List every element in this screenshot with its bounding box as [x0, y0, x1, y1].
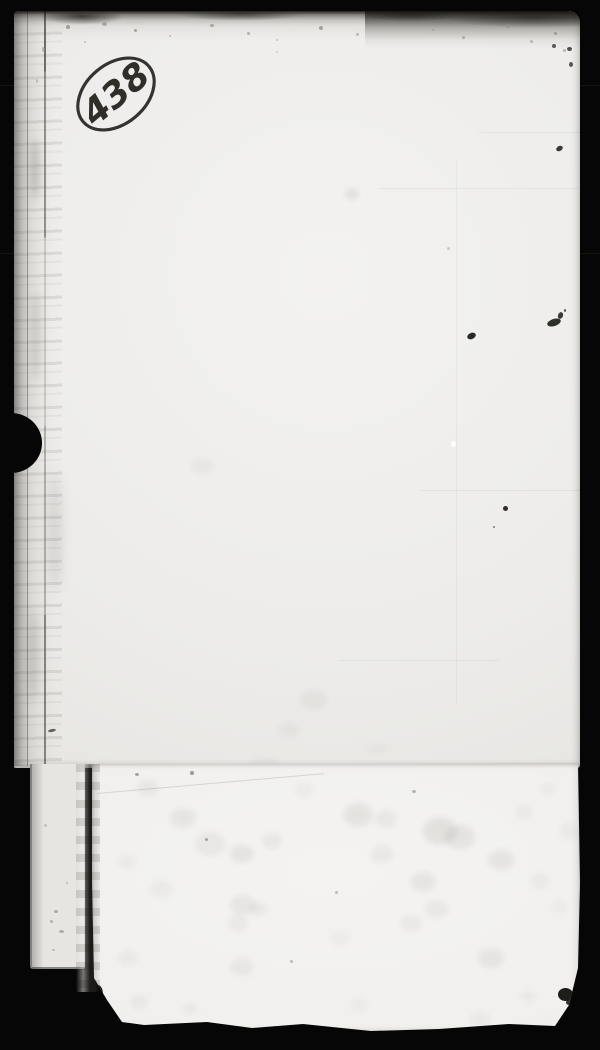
- stain-spot: [276, 51, 278, 53]
- dark-speck: [290, 960, 293, 963]
- stain-spot: [295, 783, 313, 797]
- ink-blot: [566, 1000, 572, 1005]
- stain-spot: [247, 32, 250, 35]
- stain-spot: [488, 850, 514, 870]
- stain-spot: [478, 948, 504, 968]
- dark-speck: [190, 771, 194, 775]
- stain-spot: [432, 29, 434, 31]
- stain-spot: [66, 25, 70, 29]
- stain-spot: [394, 22, 397, 25]
- stain-spot: [319, 26, 323, 30]
- stain-spot: [54, 910, 58, 913]
- stain-spot: [130, 995, 148, 1009]
- stain-spot: [375, 810, 397, 828]
- stain-spot: [44, 824, 47, 827]
- stain-spot: [118, 855, 136, 869]
- stain-spot: [36, 79, 38, 83]
- stain-spot: [102, 22, 107, 26]
- stain-spot: [540, 783, 556, 795]
- dark-speck: [412, 790, 416, 793]
- stain-spot: [42, 47, 45, 52]
- stain-spot: [515, 805, 533, 819]
- stain-spot: [530, 873, 550, 889]
- stain-spot: [550, 900, 568, 914]
- stain-spot: [330, 930, 350, 946]
- scanned-document: 438: [0, 0, 600, 1050]
- stain-spot: [66, 882, 68, 884]
- top-edge-speckles: [14, 11, 580, 766]
- stain-spot: [134, 29, 137, 32]
- stain-spot: [59, 930, 64, 933]
- stain-spot: [228, 915, 248, 931]
- stain-spot: [118, 950, 138, 966]
- dark-speck: [135, 773, 139, 776]
- stain-spot: [563, 49, 566, 52]
- stain-spot: [554, 32, 557, 35]
- ink-blot: [558, 988, 573, 1001]
- stain-spot: [262, 833, 282, 849]
- stain-spot: [276, 39, 278, 41]
- stain-spot: [520, 990, 536, 1002]
- stain-spot: [182, 1003, 198, 1015]
- dark-speck: [335, 891, 338, 894]
- stain-spot: [425, 900, 449, 918]
- stain-spot: [170, 808, 196, 828]
- stain-spot: [370, 845, 394, 863]
- document-page: 438: [14, 11, 580, 768]
- stain-spot: [470, 1012, 490, 1026]
- stain-spot: [462, 36, 465, 39]
- stain-spot: [137, 780, 159, 796]
- stain-spot: [52, 949, 55, 951]
- stain-spot: [195, 832, 225, 856]
- stain-spot: [150, 880, 172, 898]
- stain-spot: [210, 24, 214, 27]
- stain-spot: [84, 41, 86, 43]
- attached-sheet: [89, 763, 581, 1033]
- stain-spot: [356, 33, 359, 36]
- stain-spot: [343, 803, 373, 827]
- stain-spot: [410, 872, 436, 892]
- stain-spot: [530, 40, 533, 43]
- sheet-edge-shadow: [76, 764, 100, 992]
- sheet-stains: [89, 763, 581, 1033]
- stain-spot: [230, 845, 254, 863]
- stain-spot: [506, 24, 510, 28]
- stain-spot: [250, 902, 268, 916]
- stain-spot: [230, 958, 254, 976]
- stain-spot: [350, 998, 368, 1012]
- stain-spot: [50, 920, 53, 923]
- stain-spot: [169, 35, 171, 37]
- stain-spot: [400, 915, 422, 931]
- dark-speck: [205, 838, 208, 841]
- stain-spot: [445, 825, 475, 849]
- stain-spot: [560, 823, 578, 839]
